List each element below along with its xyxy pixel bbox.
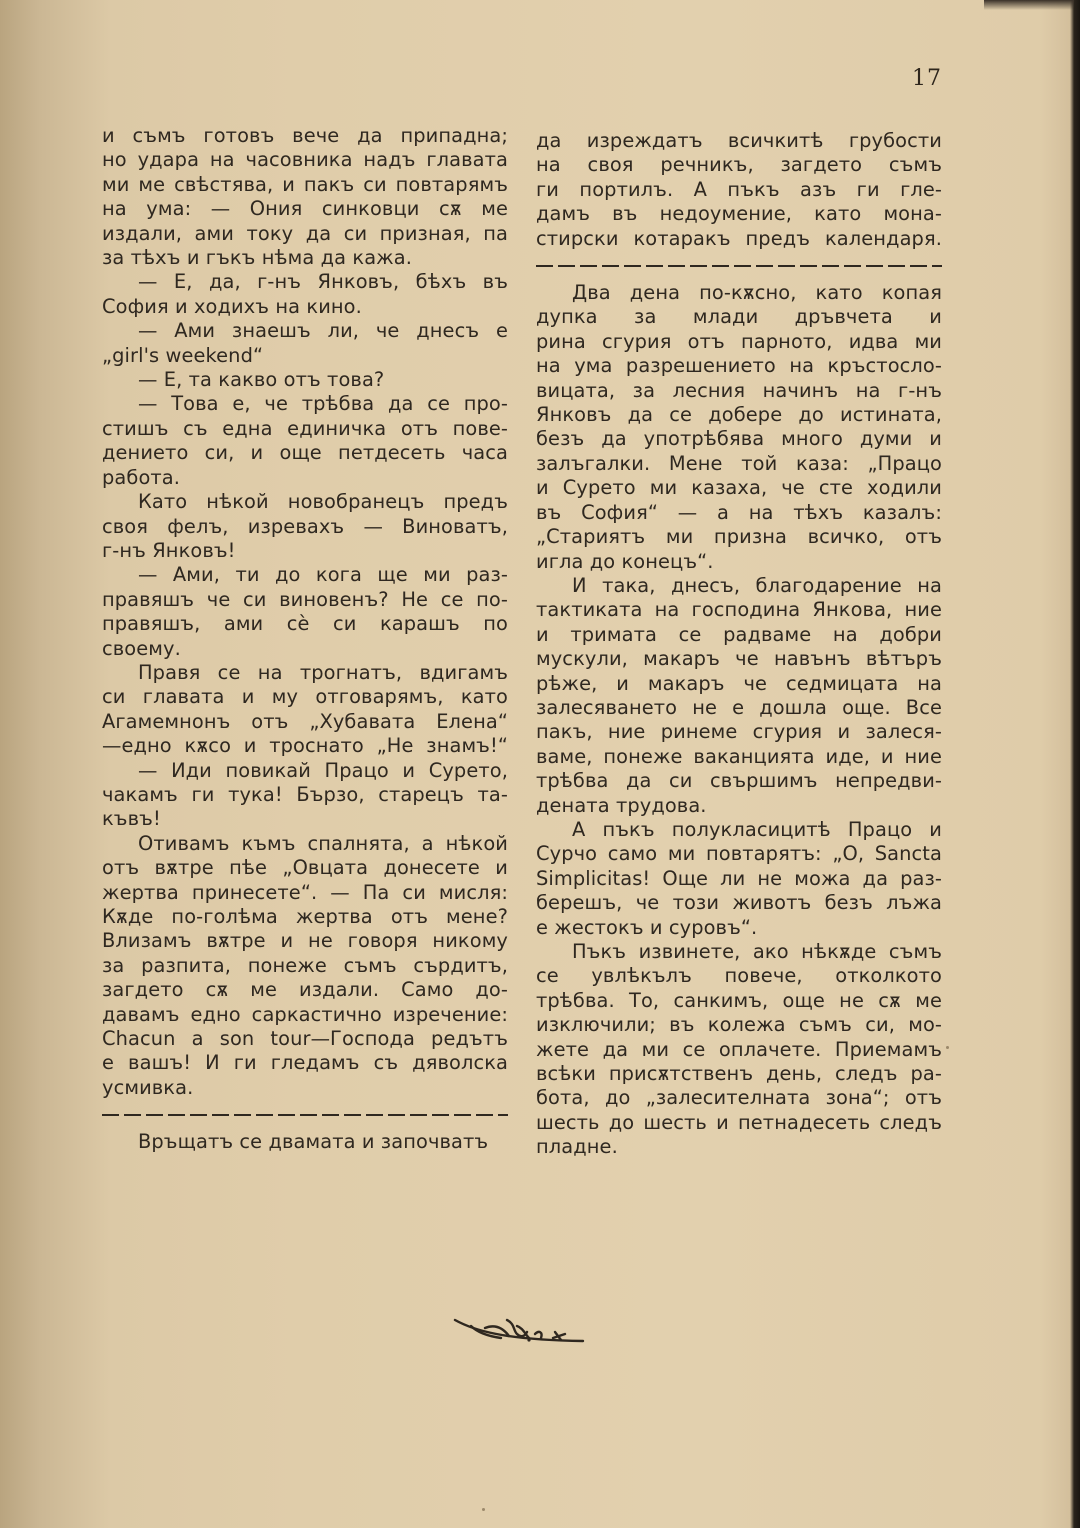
text-line: стишъ съ една единичка отъ пове- (102, 417, 508, 441)
text-line: —едно кѫсо и троснато „Не знамъ!“ (102, 734, 508, 758)
text-line: пакъ, ние ринеме сгурия и залеся- (536, 720, 942, 744)
text-line: Правя се на трогнатъ, вдигамъ (102, 661, 508, 685)
text-line: дамъ въ недоумение, като мона- (536, 202, 942, 226)
text-line: своему. (102, 637, 508, 661)
page-number: 17 (912, 66, 942, 91)
text-line: за тѣхъ и гъкъ нѣма да кажа. (102, 246, 508, 270)
text-line: — Ами, ти до кога ще ми раз- (102, 563, 508, 587)
text-line: къвъ! (102, 807, 508, 831)
text-line: „Стариятъ ми призна всичко, отъ (536, 525, 942, 549)
text-line: трѣбва. То, санкимъ, още не сѫ ме (536, 989, 942, 1013)
text-line: ги портилъ. А пъкъ азъ ги гле- (536, 178, 942, 202)
text-line: работа. (102, 466, 508, 490)
text-line: жете да ми се оплачете. Приемамъ (536, 1038, 942, 1062)
section-separator (536, 265, 942, 267)
text-line: на ума: — Ония синковци сѫ ме (102, 197, 508, 221)
text-line: и тримата се радваме на добри (536, 623, 942, 647)
text-line: дената трудова. (536, 794, 942, 818)
text-line: трѣбва да си свършимъ непредви- (536, 769, 942, 793)
text-line: вицата, за лесния начинъ на г-нъ (536, 379, 942, 403)
section-separator (102, 1114, 508, 1116)
text-line: но удара на часовника надъ главата (102, 148, 508, 172)
text-line: чакамъ ги тука! Бързо, старецъ та- (102, 783, 508, 807)
paper-speck (482, 1508, 485, 1511)
text-line: всѣки присѫтственъ день, следъ ра- (536, 1062, 942, 1086)
text-line: Пъкъ извинете, ако нѣкѫде съмъ (536, 940, 942, 964)
text-line: Влизамъ вѫтре и не говоря никому (102, 929, 508, 953)
text-line: е вашъ! И ги гледамъ съ дяволска (102, 1051, 508, 1075)
text-line: мускули, макаръ че навънъ вѣтъръ (536, 647, 942, 671)
text-line: — Е, да, г-нъ Янковъ, бѣхъ въ (102, 270, 508, 294)
text-line: залесяването не е дошла още. Все (536, 696, 942, 720)
text-line: ми ме свѣстява, и пакъ си повтарямъ (102, 173, 508, 197)
text-line: — Иди повикай Працо и Сурето, (102, 759, 508, 783)
text-line: дението си, и още петдесеть часа (102, 441, 508, 465)
text-line: Кѫде по-голѣма жертва отъ мене? (102, 905, 508, 929)
text-line: Два дена по-кѫсно, като копая (536, 281, 942, 305)
right-column: да изреждатъ всичкитѣ грубости на своя р… (536, 129, 942, 1160)
text-line: си главата и му отговарямъ, като (102, 685, 508, 709)
text-line: правяшъ, ами сѐ си карашъ по (102, 612, 508, 636)
text-line: А пъкъ полукласицитѣ Працо и (536, 818, 942, 842)
text-line: жертва принесете“. — Па си мисля: (102, 881, 508, 905)
text-line: на своя речникъ, загдето съмъ (536, 153, 942, 177)
text-line: е жестокъ и суровъ“. (536, 916, 942, 940)
text-line: дупка за млади дръвчета и (536, 305, 942, 329)
text-line: Отивамъ къмъ спалнята, а нѣкой (102, 832, 508, 856)
text-line: на ума разрешението на кръстосло- (536, 354, 942, 378)
text-line: тактиката на господина Янкова, ние (536, 598, 942, 622)
text-line: да изреждатъ всичкитѣ грубости (536, 129, 942, 153)
text-line: берешъ, че този животъ безъ лъжа (536, 891, 942, 915)
text-line: — Ами знаешъ ли, че днесъ е (102, 319, 508, 343)
text-line: давамъ едно саркастично изречение: (102, 1003, 508, 1027)
text-line: — Е, та какво отъ това? (102, 368, 508, 392)
text-line: г-нъ Янковъ! (102, 539, 508, 563)
text-line: бота, до „залесителната зона“; отъ (536, 1086, 942, 1110)
text-line: София и ходихъ на кино. (102, 295, 508, 319)
text-line: Янковъ да се добере до истината, (536, 403, 942, 427)
text-line: Като нѣкой новобранецъ предъ (102, 490, 508, 514)
text-line: — Това е, че трѣбва да се про- (102, 392, 508, 416)
floral-flourish-icon (443, 1308, 588, 1348)
text-line: Сурчо само ми повтарятъ: „О, Sancta (536, 842, 942, 866)
text-line: „girl's weekend“ (102, 344, 508, 368)
text-line: Chacun a son tour—Господа редътъ (102, 1027, 508, 1051)
text-line: пладне. (536, 1135, 942, 1159)
text-line: безъ да употрѣбява много думи и (536, 427, 942, 451)
text-line: издали, ами току да си призная, па (102, 222, 508, 246)
text-line: Агамемнонъ отъ „Хубавата Елена“ (102, 710, 508, 734)
text-line: въ София“ — а на тѣхъ казалъ: (536, 501, 942, 525)
text-line: И така, днесъ, благодарение на (536, 574, 942, 598)
text-line: правяшъ че си виновенъ? Не се по- (102, 588, 508, 612)
text-line: своя фелъ, изревахъ — Виноватъ, (102, 515, 508, 539)
text-line: за разпита, понеже съмъ сърдитъ, (102, 954, 508, 978)
text-line: и съмъ готовъ вече да припадна; (102, 124, 508, 148)
scanned-page: 17 и съмъ готовъ вече да припадна; но уд… (0, 0, 1080, 1528)
text-line: рина сгурия отъ парното, идва ми (536, 330, 942, 354)
text-line: отъ вѫтре пѣе „Овцата донесете и (102, 856, 508, 880)
text-line: Връщатъ се двамата и започватъ (102, 1130, 508, 1154)
text-line: рѣже, и макаръ че седмицата на (536, 672, 942, 696)
text-line: Simplicitas! Още ли не можа да раз- (536, 867, 942, 891)
text-line: игла до конецъ“. (536, 550, 942, 574)
text-line: се увлѣкълъ повече, отколкото (536, 964, 942, 988)
paper-speck (946, 1046, 949, 1049)
text-line: и Сурето ми казаха, че сте ходили (536, 476, 942, 500)
text-line: загдето сѫ ме издали. Само до- (102, 978, 508, 1002)
text-line: усмивка. (102, 1076, 508, 1100)
text-line: залъгалки. Мене той каза: „Працо (536, 452, 942, 476)
text-line: ваме, понеже ваканцията иде, и ние (536, 745, 942, 769)
text-line: изключили; въ колежа съмъ си, мо- (536, 1013, 942, 1037)
left-column: и съмъ готовъ вече да припадна; но удара… (102, 124, 508, 1155)
text-line: шесть до шесть и петнадесеть следъ (536, 1111, 942, 1135)
text-line: стирски котаракъ предъ календаря. (536, 227, 942, 251)
